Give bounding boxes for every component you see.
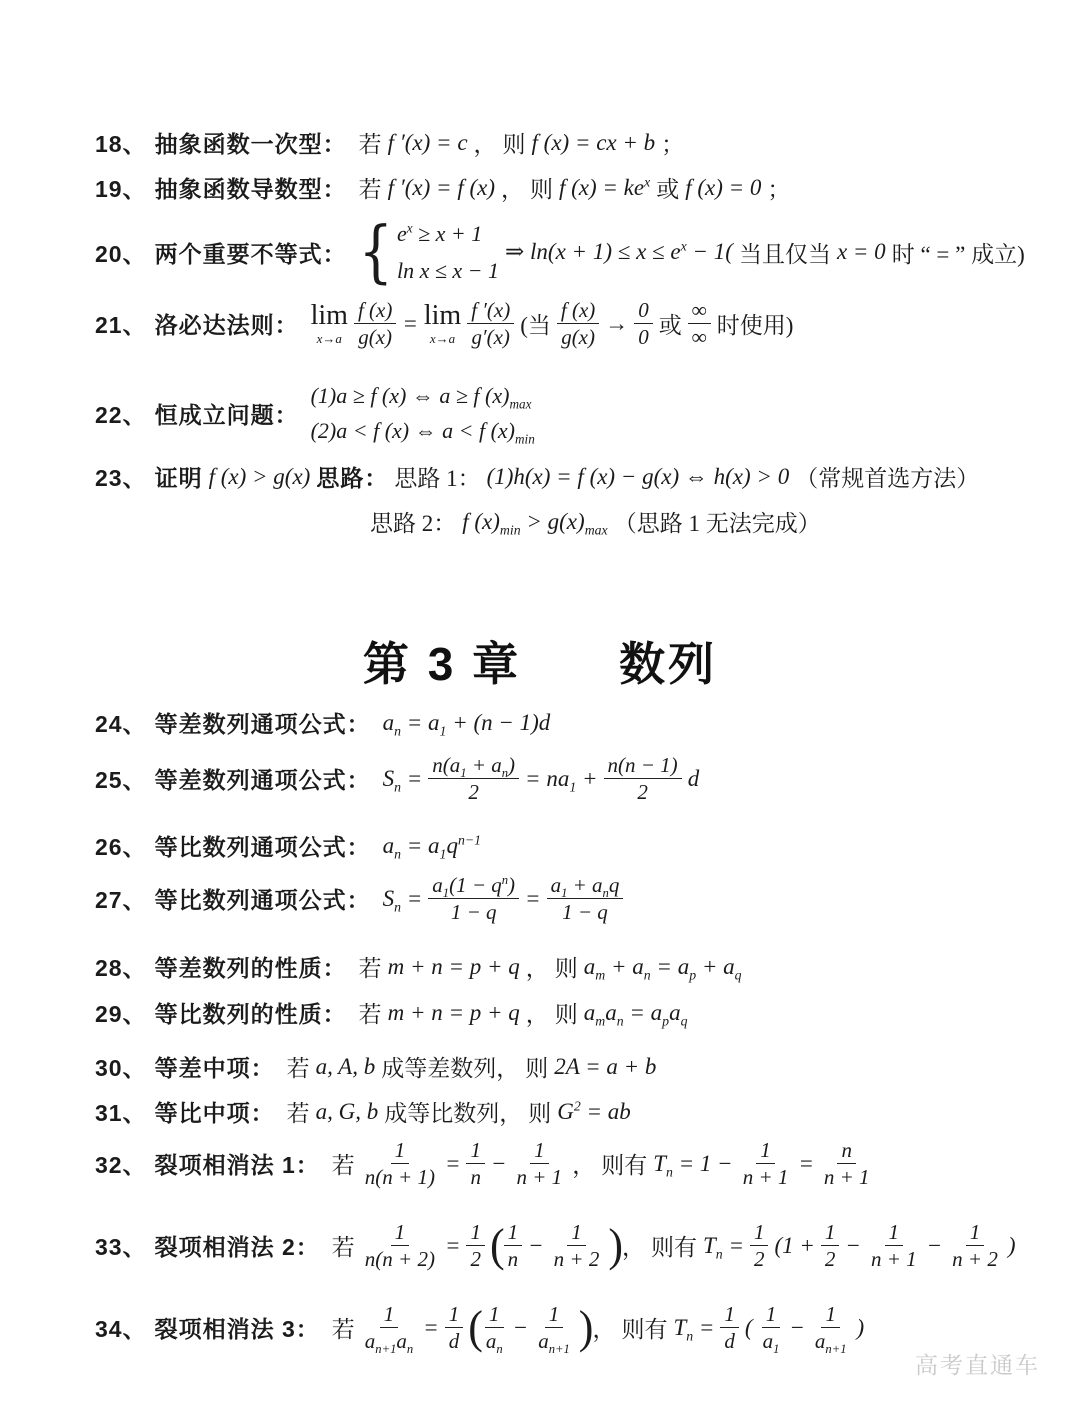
math-m: G2 = ab (557, 1099, 631, 1125)
math-c: 若 (359, 950, 382, 983)
math-c: 成等差数列， (381, 1050, 519, 1083)
item-number: 28、 (95, 950, 147, 983)
math-frac: n(a1 + an)2 (428, 752, 519, 806)
item-title: 等差数列的性质： (155, 950, 347, 983)
math-bigp: ) (608, 1223, 623, 1269)
math-frac: 1n (504, 1219, 523, 1273)
formula-item-22: 22、 恒成立问题： (1)a ≥ f (x) ⇔ a ≥ f (x)max(2… (95, 378, 541, 448)
item-title: 等比中项： (155, 1095, 275, 1128)
item-formula: 思路 2：f (x)min > g(x)max（思路 1 无法完成） (370, 505, 827, 538)
item-title: 等比数列通项公式： (155, 882, 371, 915)
formula-item-20: 20、 两个重要不等式： {ex ≥ x + 1ln x ≤ x − 1⇒ ln… (95, 215, 1031, 290)
math-m: a, A, b (316, 1054, 376, 1080)
math-c: 则有 (601, 1147, 647, 1180)
watermark: 高考直通车 (915, 1347, 1040, 1380)
math-frac: 1an+1an (361, 1301, 417, 1355)
formula-item-33: 33、 裂项相消法 2： 若1n(n + 2)=12(1n−1n + 2)，则有… (95, 1219, 1022, 1273)
math-frac: 1an+1 (811, 1301, 851, 1355)
item-formula: {ex ≥ x + 1ln x ≤ x − 1⇒ ln(x + 1) ≤ x ≤… (359, 215, 1031, 290)
math-m: an = a1qn−1 (383, 833, 481, 859)
math-m: d (688, 766, 700, 792)
math-c: ， (622, 1229, 645, 1262)
item-number: 23、 (95, 460, 147, 493)
formula-item-19: 19、 抽象函数导数型： 若f ′(x) = f (x)，则f (x) = ke… (95, 171, 796, 204)
formula-item-31: 31、 等比中项： 若a, G, b成等比数列，则G2 = ab (95, 1095, 637, 1128)
math-frac: nn + 1 (820, 1137, 874, 1191)
item-title: 等差数列通项公式： (155, 762, 371, 795)
item-formula: (1)a ≥ f (x) ⇔ a ≥ f (x)max(2)a < f (x) … (311, 378, 541, 448)
math-m: = (445, 1151, 461, 1177)
math-m: m + n = p + q (388, 954, 520, 980)
math-frac: 1n(n + 2) (361, 1219, 439, 1273)
math-m: ) (1008, 1233, 1016, 1259)
item-formula: 若m + n = p + q，则aman = apaq (359, 996, 694, 1029)
math-frac: f ′(x)g′(x) (467, 297, 514, 351)
item-number: 34、 (95, 1311, 147, 1344)
math-frac: 1n + 1 (739, 1137, 793, 1191)
formula-item-26: 26、 等比数列通项公式： an = a1qn−1 (95, 829, 487, 862)
item-number: 29、 (95, 996, 147, 1029)
math-c: 若 (332, 1311, 355, 1344)
item-formula: 若1n(n + 2)=12(1n−1n + 2)，则有Tn =12(1 +12−… (332, 1219, 1022, 1273)
item-title: 恒成立问题： (155, 397, 299, 430)
item-title: 抽象函数一次型： (155, 126, 347, 159)
math-c: 若 (287, 1095, 310, 1128)
math-m: 2A = a + b (554, 1054, 656, 1080)
item-number: 26、 (95, 829, 147, 862)
math-m: f (x) = cx + b (532, 130, 656, 156)
math-bigp: ( (490, 1223, 505, 1269)
math-lim: limx→a (424, 302, 461, 345)
math-frac: 1n + 1 (513, 1137, 567, 1191)
math-m: = (525, 886, 541, 912)
math-m: = (445, 1233, 461, 1259)
math-frac: 1d (720, 1301, 739, 1355)
formula-item-23: 23、 证明f (x) > g(x)思路：思路 1：(1)h(x) = f (x… (95, 460, 985, 493)
item-title: 裂项相消法 3： (155, 1311, 320, 1344)
formula-item-23-line2: 思路 2：f (x)min > g(x)max（思路 1 无法完成） (370, 505, 827, 538)
item-number: 30、 (95, 1050, 147, 1083)
math-m: = na1 + (525, 766, 597, 792)
formula-item-21: 21、 洛必达法则： limx→af (x)g(x)=limx→af ′(x)g… (95, 297, 799, 351)
math-c: 思路 2： (370, 505, 456, 538)
math-m: = (402, 311, 418, 337)
item-formula: an = a1qn−1 (383, 833, 487, 859)
item-number: 19、 (95, 171, 147, 204)
math-m: x = 0 (837, 239, 886, 265)
math-frac: 1n + 1 (867, 1219, 921, 1273)
item-title: 等比数列通项公式： (155, 829, 371, 862)
math-m: aman = apaq (584, 1000, 688, 1026)
item-number: 22、 (95, 397, 147, 430)
math-c: 或 (656, 171, 679, 204)
math-b: 思路： (316, 460, 388, 493)
item-number: 31、 (95, 1095, 147, 1128)
formula-item-27: 27、 等比数列通项公式： Sn =a1(1 − qn)1 − q=a1 + a… (95, 872, 629, 926)
formula-item-18: 18、 抽象函数一次型： 若f ′(x) = c，则f (x) = cx + b… (95, 126, 690, 159)
formula-item-34: 34、 裂项相消法 3： 若1an+1an=1d(1an−1an+1)，则有Tn… (95, 1301, 870, 1355)
item-formula: Sn =a1(1 − qn)1 − q=a1 + anq1 − q (383, 872, 630, 926)
item-number: 25、 (95, 762, 147, 795)
math-c: ， (526, 950, 549, 983)
math-cases: {ex ≥ x + 1ln x ≤ x − 1 (359, 215, 499, 290)
item-title: 等比数列的性质： (155, 996, 347, 1029)
item-formula: 若a, A, b成等差数列，则2A = a + b (287, 1050, 663, 1083)
item-number: 20、 (95, 236, 147, 269)
item-number: 21、 (95, 307, 147, 340)
math-m: ) (857, 1315, 865, 1341)
math-m: − (845, 1233, 861, 1259)
math-b: 证明 (155, 460, 203, 493)
math-m: ( (745, 1315, 753, 1341)
item-formula: limx→af (x)g(x)=limx→af ′(x)g′(x)(当f (x)… (311, 297, 800, 351)
math-c: （常规首选方法） (795, 460, 979, 493)
formula-item-32: 32、 裂项相消法 1： 若1n(n + 1)=1n−1n + 1，则有Tn =… (95, 1137, 880, 1191)
math-stack2: (1)a ≥ f (x) ⇔ a ≥ f (x)max(2)a < f (x) … (311, 378, 535, 448)
math-c: 或 (659, 307, 682, 340)
math-m: = (798, 1151, 814, 1177)
item-title: 裂项相消法 1： (155, 1147, 320, 1180)
math-frac: a1 + anq1 − q (547, 872, 624, 926)
math-c: (当 (520, 307, 551, 340)
item-title: 等差数列通项公式： (155, 706, 371, 739)
item-formula: 若1an+1an=1d(1an−1an+1)，则有Tn =1d(1a1−1an+… (332, 1301, 870, 1355)
math-m: = (423, 1315, 439, 1341)
math-frac: 12 (750, 1219, 769, 1273)
item-number: 27、 (95, 882, 147, 915)
item-formula: 若1n(n + 1)=1n−1n + 1，则有Tn = 1 −1n + 1=nn… (332, 1137, 880, 1191)
math-c: 时 “ = ” 成立) (892, 236, 1025, 269)
item-number: 18、 (95, 126, 147, 159)
math-m: − (528, 1233, 544, 1259)
math-c: 则 (503, 126, 526, 159)
item-title: 洛必达法则： (155, 307, 299, 340)
math-frac: 12 (466, 1219, 485, 1273)
math-frac: f (x)g(x) (557, 297, 599, 351)
math-m: f (x)min > g(x)max (462, 509, 607, 535)
math-c: 若 (359, 171, 382, 204)
math-m: Tn = 1 − (653, 1151, 733, 1177)
math-c: 思路 1： (394, 460, 480, 493)
math-m: Tn = (703, 1233, 744, 1259)
math-c: ， (501, 171, 524, 204)
math-c: ， (474, 126, 497, 159)
math-m: Sn = (383, 886, 423, 912)
math-c: ， (526, 996, 549, 1029)
item-formula: 若m + n = p + q，则am + an = ap + aq (359, 950, 748, 983)
math-m: (1)h(x) = f (x) − g(x) ⇔ h(x) > 0 (487, 464, 790, 490)
math-frac: 1n(n + 1) (361, 1137, 439, 1191)
item-formula: 若f ′(x) = c，则f (x) = cx + b； (359, 126, 691, 159)
math-c: 则 (525, 1050, 548, 1083)
math-c: （思路 1 无法完成） (614, 505, 821, 538)
item-title: 裂项相消法 2： (155, 1229, 320, 1262)
item-formula: an = a1 + (n − 1)d (383, 710, 557, 736)
math-c: ， (572, 1147, 595, 1180)
math-m: an = a1 + (n − 1)d (383, 710, 551, 736)
item-title: 抽象函数导数型： (155, 171, 347, 204)
math-m: Sn = (383, 766, 423, 792)
math-frac: n(n − 1)2 (604, 752, 682, 806)
math-lim: limx→a (311, 302, 348, 345)
item-formula: 若a, G, b成等比数列，则G2 = ab (287, 1095, 637, 1128)
math-c: 则 (530, 171, 553, 204)
math-frac: 1n (466, 1137, 485, 1191)
formula-item-25: 25、 等差数列通项公式： Sn =n(a1 + an)2= na1 +n(n … (95, 752, 705, 806)
math-c: 若 (332, 1147, 355, 1180)
math-m: m + n = p + q (388, 1000, 520, 1026)
math-c: 则有 (651, 1229, 697, 1262)
math-m: f (x) = 0 (685, 175, 761, 201)
math-m: ⇒ ln(x + 1) ≤ x ≤ ex − 1( (505, 239, 733, 265)
math-c: 若 (332, 1229, 355, 1262)
math-c: 则 (555, 950, 578, 983)
chapter-heading: 第 3 章 数列 (0, 628, 1080, 694)
math-c: 若 (359, 996, 382, 1029)
math-c: 则 (528, 1095, 551, 1128)
math-frac: f (x)g(x) (354, 297, 396, 351)
math-c: ， (592, 1311, 615, 1344)
math-frac: 1a1 (759, 1301, 784, 1355)
formula-item-30: 30、 等差中项： 若a, A, b成等差数列，则2A = a + b (95, 1050, 662, 1083)
math-c: 成等比数列， (384, 1095, 522, 1128)
math-frac: 12 (821, 1219, 840, 1273)
math-c: ； (661, 126, 684, 159)
math-frac: 1an+1 (534, 1301, 574, 1355)
math-m: a, G, b (316, 1099, 379, 1125)
math-m: f (x) = kex (559, 175, 650, 201)
math-c: 则 (555, 996, 578, 1029)
item-number: 24、 (95, 706, 147, 739)
math-m: − (513, 1315, 529, 1341)
math-c: 若 (359, 126, 382, 159)
math-frac: ∞∞ (688, 297, 711, 351)
math-m: am + an = ap + aq (584, 954, 742, 980)
math-m: → (605, 311, 628, 337)
math-bigp: ( (468, 1305, 483, 1351)
math-frac: 1an (482, 1301, 507, 1355)
math-frac: 00 (634, 297, 653, 351)
item-formula: 若f ′(x) = f (x)，则f (x) = kex或f (x) = 0； (359, 171, 797, 204)
math-m: − (927, 1233, 943, 1259)
item-number: 32、 (95, 1147, 147, 1180)
math-frac: a1(1 − qn)1 − q (428, 872, 519, 926)
math-m: (1 + (774, 1233, 814, 1259)
math-bigp: ) (579, 1305, 594, 1351)
math-c: 时使用) (717, 307, 794, 340)
formula-item-28: 28、 等差数列的性质： 若m + n = p + q，则am + an = a… (95, 950, 748, 983)
math-m: − (789, 1315, 805, 1341)
math-c: 当且仅当 (739, 236, 831, 269)
math-m: f ′(x) = f (x) (388, 175, 495, 201)
math-m: Tn = (673, 1315, 714, 1341)
item-number: 33、 (95, 1229, 147, 1262)
item-title: 等差中项： (155, 1050, 275, 1083)
item-formula: Sn =n(a1 + an)2= na1 +n(n − 1)2d (383, 752, 706, 806)
math-frac: 1n + 2 (948, 1219, 1002, 1273)
item-formula: 证明f (x) > g(x)思路：思路 1：(1)h(x) = f (x) − … (155, 460, 986, 493)
math-c: 则有 (621, 1311, 667, 1344)
page: { "page": { "background": "#ffffff", "te… (0, 0, 1080, 1405)
math-c: 若 (287, 1050, 310, 1083)
math-frac: 1n + 2 (550, 1219, 604, 1273)
math-c: ； (767, 171, 790, 204)
math-m: f (x) > g(x) (209, 464, 311, 490)
math-frac: 1d (445, 1301, 464, 1355)
item-title: 两个重要不等式： (155, 236, 347, 269)
formula-item-29: 29、 等比数列的性质： 若m + n = p + q，则aman = apaq (95, 996, 693, 1029)
math-m: − (491, 1151, 507, 1177)
formula-item-24: 24、 等差数列通项公式： an = a1 + (n − 1)d (95, 706, 556, 739)
math-m: f ′(x) = c (388, 130, 468, 156)
